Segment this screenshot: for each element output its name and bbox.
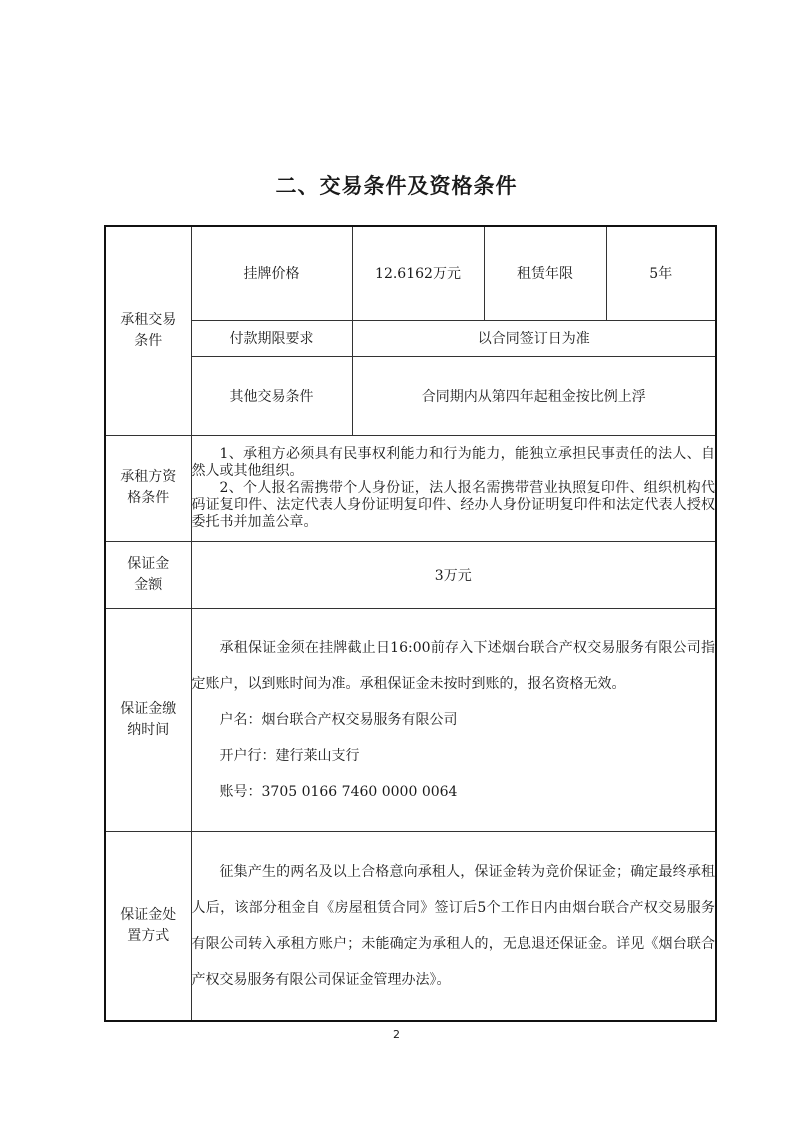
- deposit-disposal-label-text: 保证金处置方式: [117, 905, 179, 947]
- table-row: 承租方资格条件 1、承租方必须具有民事权利能力和行为能力，能独立承担民事责任的法…: [105, 435, 716, 541]
- other-conditions-value: 合同期内从第四年起租金按比例上浮: [352, 356, 716, 435]
- deposit-disposal-label: 保证金处置方式: [105, 831, 191, 1021]
- trade-conditions-label-text: 承租交易条件: [119, 310, 177, 352]
- qualification-item-2: 2、个人报名需携带个人身份证，法人报名需携带营业执照复印件、组织机构代码证复印件…: [192, 480, 716, 531]
- deposit-payment-label-text: 保证金缴纳时间: [117, 699, 179, 741]
- table-row: 保证金金额 3万元: [105, 541, 716, 608]
- page-number: 2: [0, 1028, 793, 1041]
- qualification-item-1: 1、承租方必须具有民事权利能力和行为能力，能独立承担民事责任的法人、自然人或其他…: [192, 446, 716, 480]
- lease-term-label: 租赁年限: [484, 226, 606, 320]
- deposit-disposal-content: 征集产生的两名及以上合格意向承租人，保证金转为竞价保证金；确定最终承租人后，该部…: [191, 831, 716, 1021]
- table-row: 保证金缴纳时间 承租保证金须在挂牌截止日16:00前存入下述烟台联合产权交易服务…: [105, 608, 716, 831]
- table-row: 付款期限要求 以合同签订日为准: [105, 320, 716, 356]
- deposit-payment-text: 承租保证金须在挂牌截止日16:00前存入下述烟台联合产权交易服务有限公司指定账户…: [192, 630, 716, 702]
- table-row: 承租交易条件 挂牌价格 12.6162万元 租赁年限 5年: [105, 226, 716, 320]
- deposit-amount-value: 3万元: [191, 541, 716, 608]
- account-name: 户名：烟台联合产权交易服务有限公司: [192, 702, 716, 738]
- account-number: 账号：3705 0166 7460 0000 0064: [192, 774, 716, 810]
- qualification-label: 承租方资格条件: [105, 435, 191, 541]
- deposit-disposal-text: 征集产生的两名及以上合格意向承租人，保证金转为竞价保证金；确定最终承租人后，该部…: [192, 854, 716, 998]
- bank-name: 开户行：建行莱山支行: [192, 738, 716, 774]
- payment-term-label: 付款期限要求: [191, 320, 352, 356]
- payment-term-value: 以合同签订日为准: [352, 320, 716, 356]
- listing-price-value: 12.6162万元: [352, 226, 484, 320]
- conditions-table: 承租交易条件 挂牌价格 12.6162万元 租赁年限 5年 付款期限要求 以合同…: [104, 225, 717, 1022]
- deposit-payment-label: 保证金缴纳时间: [105, 608, 191, 831]
- trade-conditions-label: 承租交易条件: [105, 226, 191, 435]
- deposit-amount-label-text: 保证金金额: [125, 554, 171, 596]
- deposit-payment-content: 承租保证金须在挂牌截止日16:00前存入下述烟台联合产权交易服务有限公司指定账户…: [191, 608, 716, 831]
- other-conditions-label: 其他交易条件: [191, 356, 352, 435]
- lease-term-value: 5年: [606, 226, 716, 320]
- section-title: 二、交易条件及资格条件: [0, 170, 793, 200]
- table-row: 其他交易条件 合同期内从第四年起租金按比例上浮: [105, 356, 716, 435]
- table-row: 保证金处置方式 征集产生的两名及以上合格意向承租人，保证金转为竞价保证金；确定最…: [105, 831, 716, 1021]
- qualification-label-text: 承租方资格条件: [119, 467, 177, 509]
- deposit-amount-label: 保证金金额: [105, 541, 191, 608]
- qualification-content: 1、承租方必须具有民事权利能力和行为能力，能独立承担民事责任的法人、自然人或其他…: [191, 435, 716, 541]
- listing-price-label: 挂牌价格: [191, 226, 352, 320]
